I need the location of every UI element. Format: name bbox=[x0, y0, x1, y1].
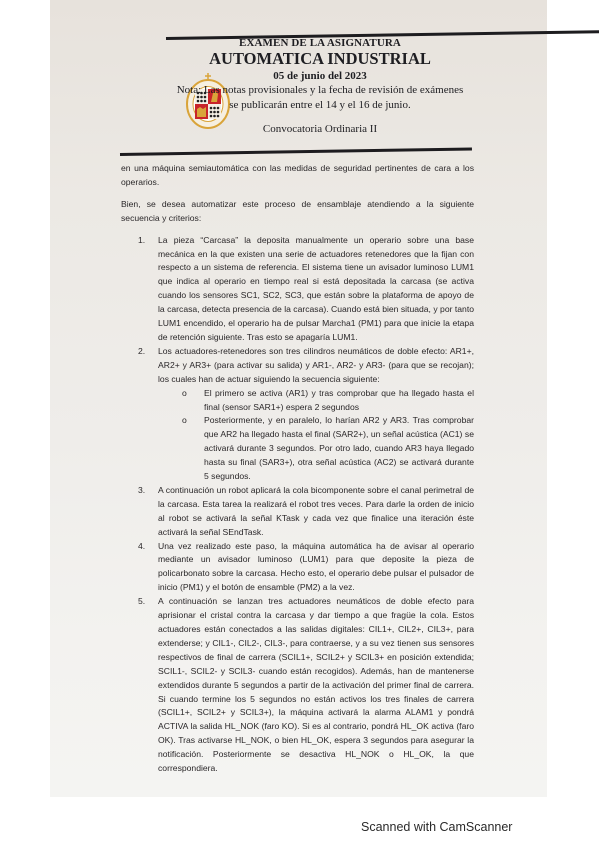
course-title: AUTOMATICA INDUSTRIAL bbox=[150, 49, 490, 69]
camscanner-watermark: Scanned with CamScanner bbox=[361, 820, 512, 834]
step-number: 1. bbox=[138, 234, 145, 248]
step-item: 2. Los actuadores-retenedores son tres c… bbox=[138, 345, 474, 484]
circle-bullet-icon: o bbox=[182, 414, 187, 428]
intro-paragraph-2: Bien, se desea automatizar este proceso … bbox=[121, 198, 474, 226]
note-line-2: se publicarán entre el 14 y el 16 de jun… bbox=[150, 98, 490, 113]
step-number: 3. bbox=[138, 484, 145, 498]
step-item: 5. A continuación se lanzan tres actuado… bbox=[138, 595, 474, 776]
step-item: 1. La pieza “Carcasa” la deposita manual… bbox=[138, 234, 474, 345]
exam-label: EXAMEN DE LA ASIGNATURA bbox=[150, 37, 490, 49]
substep-text: El primero se activa (AR1) y tras compro… bbox=[204, 388, 474, 412]
circle-bullet-icon: o bbox=[182, 387, 187, 401]
substep-item: o Posteriormente, y en paralelo, lo harí… bbox=[178, 414, 474, 484]
step-item: 3. A continuación un robot aplicará la c… bbox=[138, 484, 474, 540]
step-number: 2. bbox=[138, 345, 145, 359]
header-bottom-rule bbox=[120, 147, 472, 156]
exam-body: en una máquina semiautomática con las me… bbox=[121, 162, 474, 776]
step-text: A continuación se lanzan tres actuadores… bbox=[158, 596, 474, 773]
note-line-1: Nota: Las notas provisionales y la fecha… bbox=[150, 83, 490, 98]
exam-note: Nota: Las notas provisionales y la fecha… bbox=[150, 83, 490, 113]
substep-item: o El primero se activa (AR1) y tras comp… bbox=[178, 387, 474, 415]
step-number: 4. bbox=[138, 540, 145, 554]
step-item: 4. Una vez realizado este paso, la máqui… bbox=[138, 540, 474, 596]
intro-paragraph-1: en una máquina semiautomática con las me… bbox=[121, 162, 474, 190]
step-text: Una vez realizado este paso, la máquina … bbox=[158, 541, 474, 593]
step-text: La pieza “Carcasa” la deposita manualmen… bbox=[158, 235, 474, 342]
substep-text: Posteriormente, y en paralelo, lo harían… bbox=[204, 415, 474, 481]
step-number: 5. bbox=[138, 595, 145, 609]
exam-date: 05 de junio del 2023 bbox=[150, 70, 490, 82]
step-text: Los actuadores-retenedores son tres cili… bbox=[158, 346, 474, 384]
step-text: A continuación un robot aplicará la cola… bbox=[158, 485, 474, 537]
steps-list: 1. La pieza “Carcasa” la deposita manual… bbox=[138, 234, 474, 776]
substep-list: o El primero se activa (AR1) y tras comp… bbox=[158, 387, 474, 484]
exam-session: Convocatoria Ordinaria II bbox=[150, 123, 490, 135]
